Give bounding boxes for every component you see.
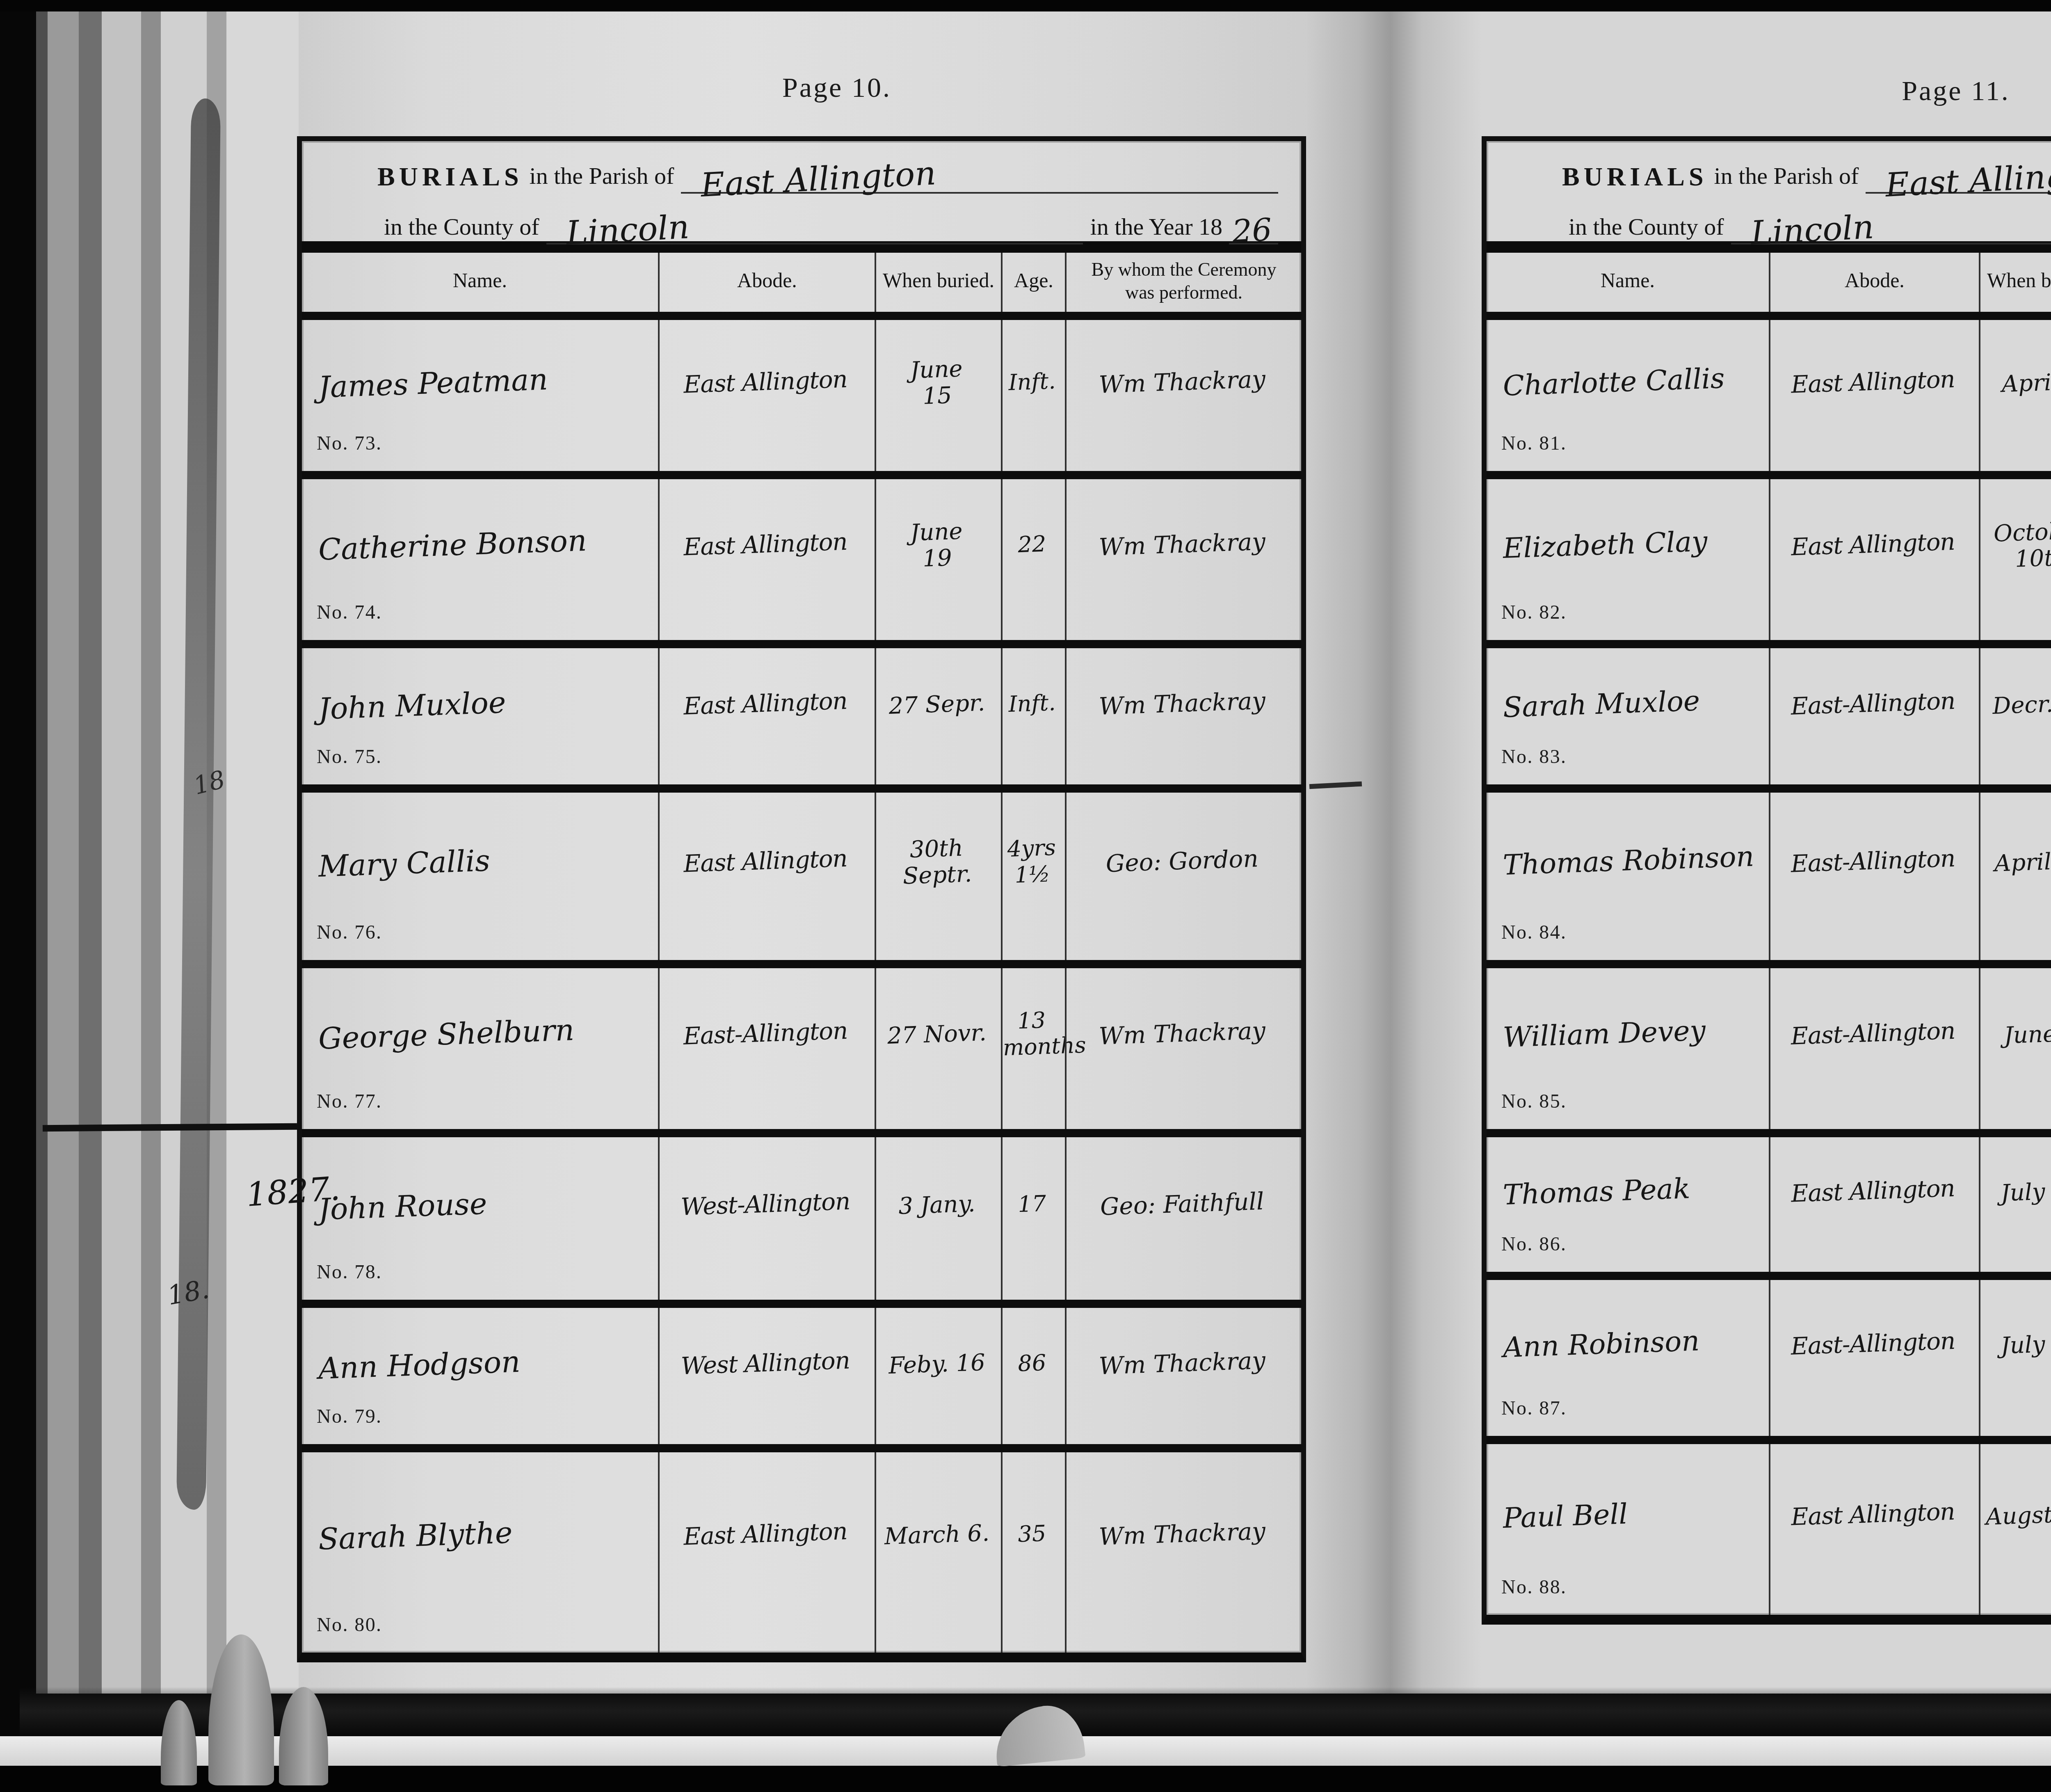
abode-cell: East-Allington bbox=[1769, 648, 1979, 784]
name-value: James Peatman bbox=[318, 361, 652, 406]
burial-row-76: Mary CallisNo. 76. East Allington 30th S… bbox=[302, 784, 1301, 960]
when-buried-value: March 6. bbox=[876, 1521, 998, 1552]
county-blank-line: Lincoln bbox=[546, 207, 1084, 245]
burial-row-88: Paul BellNo. 88. East Allington Augst. 1… bbox=[1487, 1436, 2051, 1615]
name-cell: Charlotte CallisNo. 81. bbox=[1487, 320, 1769, 471]
when-buried-cell: March 6. bbox=[875, 1452, 1001, 1653]
county-blank-line: Lincoln bbox=[1731, 207, 2051, 245]
entry-number: No. 80. bbox=[317, 1613, 382, 1638]
abode-value: East-Allington bbox=[659, 1018, 872, 1053]
when-buried-value: 30th Septr. bbox=[875, 834, 998, 891]
when-buried-value: April 9 bbox=[1980, 368, 2051, 399]
when-buried-cell: 27 Novr. bbox=[875, 968, 1001, 1129]
burials-title: BURIALS bbox=[1562, 164, 1708, 194]
age-cell: 13 months bbox=[1001, 968, 1065, 1129]
entry-number: No. 77. bbox=[317, 1090, 382, 1114]
entry-number: No. 86. bbox=[1501, 1232, 1567, 1257]
name-cell: Ann RobinsonNo. 87. bbox=[1487, 1280, 1769, 1436]
burial-row-73: James PeatmanNo. 73. East Allington June… bbox=[302, 312, 1301, 471]
burial-register-page-11: BURIALS in the Parish of East Allington … bbox=[1482, 136, 2051, 1625]
abode-cell: West-Allington bbox=[658, 1137, 875, 1300]
when-buried-cell: 30th Septr. bbox=[875, 793, 1001, 960]
burial-row-74: Catherine BonsonNo. 74. East Allington J… bbox=[302, 471, 1301, 640]
when-buried-cell: October 10th bbox=[1979, 479, 2051, 640]
when-buried-value: 27 Novr. bbox=[876, 1020, 998, 1051]
age-cell: 17 bbox=[1001, 1137, 1065, 1300]
minister-value: Geo: Faithfull bbox=[1066, 1188, 1298, 1223]
burial-row-82: Elizabeth ClayNo. 82. East Allington Oct… bbox=[1487, 471, 2051, 640]
name-cell: James PeatmanNo. 73. bbox=[302, 320, 658, 471]
when-buried-value: 3 Jany. bbox=[876, 1190, 998, 1221]
when-buried-cell: June 4 bbox=[1979, 968, 2051, 1129]
entry-number: No. 74. bbox=[317, 601, 382, 625]
name-cell: Sarah MuxloeNo. 83. bbox=[1487, 648, 1769, 784]
when-buried-value: April 12 bbox=[1980, 848, 2051, 878]
entry-number: No. 81. bbox=[1501, 432, 1567, 456]
name-value: Thomas Robinson bbox=[1503, 842, 1763, 883]
when-buried-value: June 19 bbox=[875, 518, 998, 575]
name-value: Catherine Bonson bbox=[318, 524, 652, 569]
burial-row-75: John MuxloeNo. 75. East Allington 27 Sep… bbox=[302, 640, 1301, 784]
column-header-name: Name. bbox=[302, 253, 658, 312]
column-header-abode: Abode. bbox=[1769, 253, 1979, 312]
entry-number: No. 84. bbox=[1501, 921, 1567, 945]
name-cell: John MuxloeNo. 75. bbox=[302, 648, 658, 784]
minister-cell: Wm Thackray bbox=[1065, 479, 1301, 640]
abode-value: West-Allington bbox=[659, 1188, 872, 1223]
abode-value: East-Allington bbox=[1770, 846, 1976, 880]
age-cell: 35 bbox=[1001, 1452, 1065, 1653]
name-value: Sarah Muxloe bbox=[1503, 685, 1763, 726]
entry-number: No. 76. bbox=[317, 921, 382, 945]
minister-cell: Geo: Faithfull bbox=[1065, 1137, 1301, 1300]
county-value: Lincoln bbox=[564, 207, 690, 253]
burial-row-85: William DeveyNo. 85. East-Allington June… bbox=[1487, 960, 2051, 1129]
burial-row-87: Ann RobinsonNo. 87. East-Allington July … bbox=[1487, 1272, 2051, 1436]
minister-cell: Wm Thackray bbox=[1065, 648, 1301, 784]
when-buried-cell: 27 Sepr. bbox=[875, 648, 1001, 784]
column-headers-right: Name. Abode. When buried. Age. By whom t… bbox=[1487, 241, 2051, 312]
column-header-name: Name. bbox=[1487, 253, 1769, 312]
when-buried-cell: Augst. 14 bbox=[1979, 1444, 2051, 1615]
entry-number: No. 87. bbox=[1501, 1397, 1567, 1421]
when-buried-cell: July 22 bbox=[1979, 1280, 2051, 1436]
year-value: 26 bbox=[1231, 213, 1273, 251]
age-cell: Inft. bbox=[1001, 320, 1065, 471]
year-prefix: in the Year 18 bbox=[1084, 215, 1229, 245]
abode-value: East Allington bbox=[1770, 530, 1976, 564]
entry-number: No. 78. bbox=[317, 1260, 382, 1285]
parish-blank-line: East Allington bbox=[681, 156, 1278, 194]
name-cell: Thomas RobinsonNo. 84. bbox=[1487, 793, 1769, 960]
torn-page-stub bbox=[36, 10, 299, 1694]
entry-number: No. 83. bbox=[1501, 745, 1567, 770]
column-header-abode: Abode. bbox=[658, 253, 875, 312]
age-cell: Inft. bbox=[1001, 648, 1065, 784]
entry-number: No. 79. bbox=[317, 1405, 382, 1429]
name-cell: George ShelburnNo. 77. bbox=[302, 968, 658, 1129]
when-buried-value: Feby. 16 bbox=[876, 1350, 998, 1381]
column-header-when-buried: When buried. bbox=[875, 253, 1001, 312]
name-cell: Mary CallisNo. 76. bbox=[302, 793, 658, 960]
minister-cell: Geo: Gordon bbox=[1065, 793, 1301, 960]
abode-value: East-Allington bbox=[1770, 1019, 1976, 1053]
when-buried-value: July 22 bbox=[1980, 1330, 2051, 1361]
year-blank-line: 26 bbox=[1229, 207, 1278, 245]
abode-value: East-Allington bbox=[1770, 1328, 1976, 1363]
county-value: Lincoln bbox=[1749, 207, 1874, 253]
parish-prefix: in the Parish of bbox=[523, 164, 681, 194]
minister-value: Wm Thackray bbox=[1066, 1519, 1298, 1554]
minister-cell: Wm Thackray bbox=[1065, 968, 1301, 1129]
burial-row-81: Charlotte CallisNo. 81. East Allington A… bbox=[1487, 312, 2051, 471]
burial-row-80: Sarah BlytheNo. 80. East Allington March… bbox=[302, 1444, 1301, 1653]
burial-row-79: Ann HodgsonNo. 79. West Allington Feby. … bbox=[302, 1300, 1301, 1444]
photo-top-border bbox=[0, 0, 2051, 11]
entry-number: No. 88. bbox=[1501, 1575, 1567, 1600]
age-value: 22 bbox=[1002, 533, 1062, 560]
name-value: Sarah Blythe bbox=[318, 1513, 652, 1559]
abode-cell: East Allington bbox=[1769, 1444, 1979, 1615]
burial-row-84: Thomas RobinsonNo. 84. East-Allington Ap… bbox=[1487, 784, 2051, 960]
minister-value: Wm Thackray bbox=[1066, 529, 1298, 564]
when-buried-value: June 4 bbox=[1980, 1020, 2051, 1051]
age-value: 13 months bbox=[1002, 1009, 1062, 1062]
register-header-right: BURIALS in the Parish of East Allington … bbox=[1487, 141, 2051, 241]
name-value: Thomas Peak bbox=[1503, 1173, 1763, 1214]
name-cell: Elizabeth ClayNo. 82. bbox=[1487, 479, 1769, 640]
burial-row-78: John RouseNo. 78. West-Allington 3 Jany.… bbox=[302, 1129, 1301, 1300]
name-value: Ann Robinson bbox=[1503, 1325, 1763, 1366]
county-prefix: in the County of bbox=[377, 215, 546, 245]
abode-cell: East Allington bbox=[658, 793, 875, 960]
age-cell: 86 bbox=[1001, 1308, 1065, 1444]
abode-cell: East-Allington bbox=[658, 968, 875, 1129]
name-value: Mary Callis bbox=[318, 840, 652, 886]
name-value: Charlotte Callis bbox=[1503, 363, 1763, 404]
when-buried-value: October 10th bbox=[1980, 518, 2051, 575]
name-cell: Catherine BonsonNo. 74. bbox=[302, 479, 658, 640]
abode-value: East Allington bbox=[659, 846, 872, 880]
age-value: 17 bbox=[1002, 1192, 1062, 1219]
entry-number: No. 82. bbox=[1501, 601, 1567, 625]
binding-gutter-shadow bbox=[1306, 10, 1482, 1694]
minister-value: Wm Thackray bbox=[1066, 366, 1298, 401]
abode-value: East Allington bbox=[1770, 1177, 1976, 1211]
age-cell: 22 bbox=[1001, 479, 1065, 640]
when-buried-cell: June 19 bbox=[875, 479, 1001, 640]
when-buried-cell: April 12 bbox=[1979, 793, 2051, 960]
when-buried-value: June 15 bbox=[875, 355, 998, 412]
abode-value: East Allington bbox=[659, 1519, 872, 1554]
when-buried-cell: June 15 bbox=[875, 320, 1001, 471]
burial-row-83: Sarah MuxloeNo. 83. East-Allington Decr.… bbox=[1487, 640, 2051, 784]
name-value: John Rouse bbox=[318, 1183, 652, 1228]
abode-cell: East-Allington bbox=[1769, 1280, 1979, 1436]
minister-cell: Wm Thackray bbox=[1065, 1452, 1301, 1653]
entry-number: No. 85. bbox=[1501, 1090, 1567, 1114]
abode-cell: East Allington bbox=[1769, 479, 1979, 640]
parish-value: East Allington bbox=[1884, 153, 2051, 205]
name-cell: Paul BellNo. 88. bbox=[1487, 1444, 1769, 1615]
minister-value: Geo: Gordon bbox=[1066, 845, 1298, 880]
name-cell: Ann HodgsonNo. 79. bbox=[302, 1308, 658, 1444]
age-cell: 4yrs 1½ bbox=[1001, 793, 1065, 960]
column-header-ceremony: By whom the Ceremony was performed. bbox=[1065, 253, 1301, 312]
age-value: 4yrs 1½ bbox=[1002, 837, 1062, 889]
page-number-right: Page 11. bbox=[1825, 75, 2051, 108]
minister-cell: Wm Thackray bbox=[1065, 320, 1301, 471]
when-buried-cell: Feby. 16 bbox=[875, 1308, 1001, 1444]
age-value: Inft. bbox=[1002, 370, 1062, 397]
abode-value: West Allington bbox=[659, 1348, 872, 1383]
when-buried-cell: July 15 bbox=[1979, 1137, 2051, 1272]
abode-value: East-Allington bbox=[1770, 688, 1976, 722]
age-value: 86 bbox=[1002, 1351, 1062, 1379]
abode-value: East Allington bbox=[659, 366, 872, 401]
burial-register-page-10: BURIALS in the Parish of East Allington … bbox=[297, 136, 1306, 1662]
entry-number: No. 73. bbox=[317, 432, 382, 456]
scanned-photo-viewport: Page 10. Page 11. BURIALS in the Parish … bbox=[0, 0, 2051, 1792]
name-value: John Muxloe bbox=[318, 683, 652, 728]
when-buried-value: 27 Sepr. bbox=[876, 690, 998, 721]
when-buried-value: July 15 bbox=[1980, 1178, 2051, 1209]
entry-number: No. 75. bbox=[317, 745, 382, 770]
abode-cell: East Allington bbox=[658, 648, 875, 784]
margin-year-1827: 1827. bbox=[245, 1168, 341, 1214]
burial-row-77: George ShelburnNo. 77. East-Allington 27… bbox=[302, 960, 1301, 1129]
minister-cell: Wm Thackray bbox=[1065, 1308, 1301, 1444]
abode-cell: East Allington bbox=[1769, 320, 1979, 471]
burials-title: BURIALS bbox=[377, 164, 523, 194]
column-header-when-buried: When buried. bbox=[1979, 253, 2051, 312]
abode-value: East Allington bbox=[659, 529, 872, 564]
when-buried-cell: 3 Jany. bbox=[875, 1137, 1001, 1300]
county-prefix: in the County of bbox=[1562, 215, 1731, 245]
name-value: Ann Hodgson bbox=[318, 1342, 652, 1388]
when-buried-cell: Decr. 13 bbox=[1979, 648, 2051, 784]
age-value: 35 bbox=[1002, 1522, 1062, 1550]
column-header-age: Age. bbox=[1001, 253, 1065, 312]
register-header-left: BURIALS in the Parish of East Allington … bbox=[302, 141, 1301, 241]
name-cell: Thomas PeakNo. 86. bbox=[1487, 1137, 1769, 1272]
name-cell: Sarah BlytheNo. 80. bbox=[302, 1452, 658, 1653]
page-number-left: Page 10. bbox=[706, 72, 968, 105]
abode-cell: East Allington bbox=[1769, 1137, 1979, 1272]
name-value: Paul Bell bbox=[1503, 1495, 1763, 1536]
abode-cell: East Allington bbox=[658, 1452, 875, 1653]
name-cell: John RouseNo. 78. bbox=[302, 1137, 658, 1300]
age-value: Inft. bbox=[1002, 692, 1062, 719]
when-buried-cell: April 9 bbox=[1979, 320, 2051, 471]
register-photograph: Page 10. Page 11. BURIALS in the Parish … bbox=[0, 0, 2051, 1792]
when-buried-value: Decr. 13 bbox=[1980, 690, 2051, 721]
minister-value: Wm Thackray bbox=[1066, 1347, 1298, 1383]
when-buried-value: Augst. 14 bbox=[1980, 1500, 2051, 1531]
abode-value: East Allington bbox=[1770, 366, 1976, 400]
abode-value: East Allington bbox=[659, 688, 872, 723]
abode-cell: East Allington bbox=[658, 320, 875, 471]
burial-row-86: Thomas PeakNo. 86. East Allington July 1… bbox=[1487, 1129, 2051, 1272]
minister-value: Wm Thackray bbox=[1066, 688, 1298, 723]
name-value: William Devey bbox=[1503, 1015, 1763, 1056]
name-value: Elizabeth Clay bbox=[1503, 526, 1763, 567]
abode-cell: East-Allington bbox=[1769, 968, 1979, 1129]
abode-cell: West Allington bbox=[658, 1308, 875, 1444]
abode-cell: East-Allington bbox=[1769, 793, 1979, 960]
minister-value: Wm Thackray bbox=[1066, 1018, 1298, 1053]
name-cell: William DeveyNo. 85. bbox=[1487, 968, 1769, 1129]
name-value: George Shelburn bbox=[318, 1013, 652, 1058]
parish-blank-line: East Allington bbox=[1865, 156, 2051, 194]
abode-value: East Allington bbox=[1770, 1499, 1976, 1533]
column-headers-left: Name. Abode. When buried. Age. By whom t… bbox=[302, 241, 1301, 312]
parish-prefix: in the Parish of bbox=[1708, 164, 1866, 194]
abode-cell: East Allington bbox=[658, 479, 875, 640]
